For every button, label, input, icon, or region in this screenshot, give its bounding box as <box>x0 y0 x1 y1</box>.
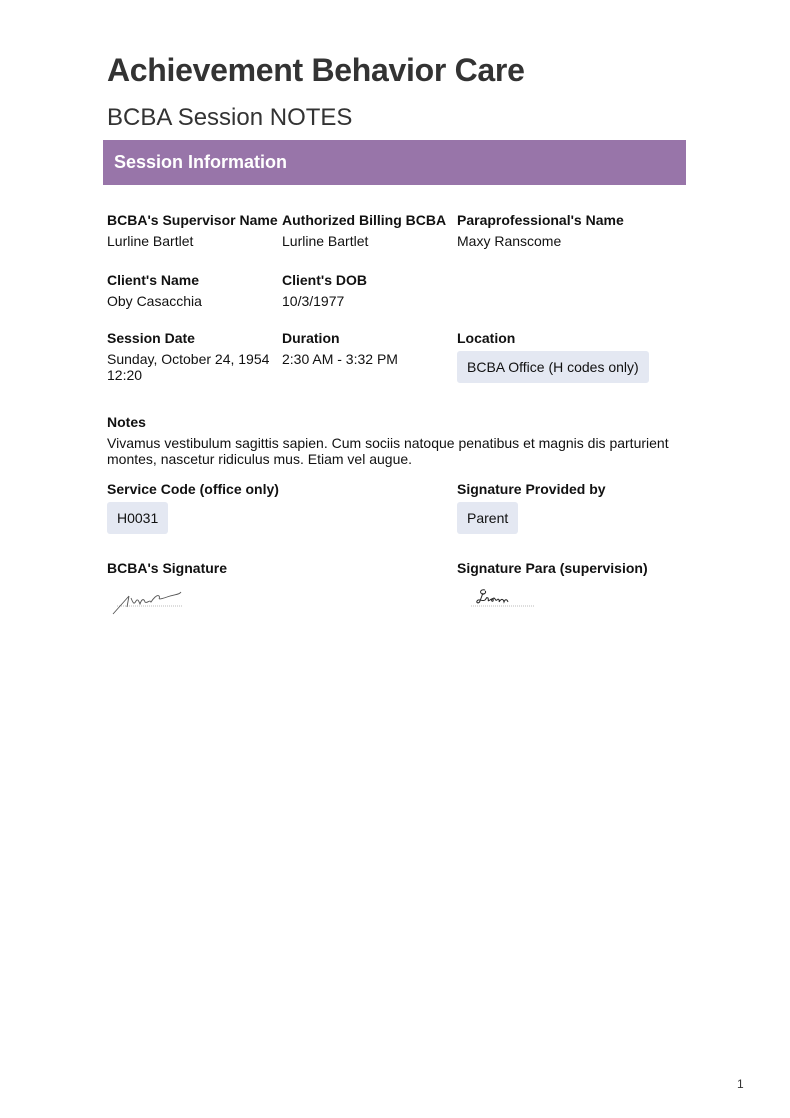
field-supervisor-name: BCBA's Supervisor Name Lurline Bartlet <box>107 211 278 249</box>
field-label: Paraprofessional's Name <box>457 211 624 229</box>
field-value: 2:30 AM - 3:32 PM <box>282 351 398 367</box>
field-client-dob: Client's DOB 10/3/1977 <box>282 271 367 309</box>
field-para-signature: Signature Para (supervision) <box>457 559 648 621</box>
field-label: Duration <box>282 329 398 347</box>
field-client-name: Client's Name Oby Casacchia <box>107 271 202 309</box>
field-session-date: Session Date Sunday, October 24, 1954 12… <box>107 329 269 383</box>
field-label: BCBA's Supervisor Name <box>107 211 278 229</box>
organization-title: Achievement Behavior Care <box>107 52 525 89</box>
field-value-date: Sunday, October 24, 1954 <box>107 351 269 367</box>
field-label: Session Date <box>107 329 269 347</box>
field-label: Signature Para (supervision) <box>457 559 648 577</box>
field-label: BCBA's Signature <box>107 559 227 577</box>
bcba-signature-image <box>107 585 197 621</box>
notes-text: Vivamus vestibulum sagittis sapien. Cum … <box>107 435 687 467</box>
field-bcba-signature: BCBA's Signature <box>107 559 227 621</box>
field-value: 10/3/1977 <box>282 293 367 309</box>
handwritten-signature-icon <box>457 585 547 621</box>
field-value-time: 12:20 <box>107 367 269 383</box>
signature-provided-chip: Parent <box>457 502 518 534</box>
field-label: Client's DOB <box>282 271 367 289</box>
field-value: Lurline Bartlet <box>107 233 278 249</box>
page-number: 1 <box>737 1077 744 1091</box>
service-code-chip: H0031 <box>107 502 168 534</box>
field-location: Location BCBA Office (H codes only) <box>457 329 649 383</box>
field-service-code: Service Code (office only) H0031 <box>107 480 279 534</box>
field-duration: Duration 2:30 AM - 3:32 PM <box>282 329 398 367</box>
para-signature-image <box>457 585 547 621</box>
field-label: Notes <box>107 413 687 431</box>
field-label: Signature Provided by <box>457 480 606 498</box>
field-label: Client's Name <box>107 271 202 289</box>
field-value: Oby Casacchia <box>107 293 202 309</box>
document-title: BCBA Session NOTES <box>107 104 352 132</box>
handwritten-signature-icon <box>107 585 197 621</box>
field-value: Lurline Bartlet <box>282 233 446 249</box>
field-notes: Notes Vivamus vestibulum sagittis sapien… <box>107 413 687 467</box>
location-chip: BCBA Office (H codes only) <box>457 351 649 383</box>
field-paraprofessional-name: Paraprofessional's Name Maxy Ranscome <box>457 211 624 249</box>
field-value: Maxy Ranscome <box>457 233 624 249</box>
field-billing-bcba: Authorized Billing BCBA Lurline Bartlet <box>282 211 446 249</box>
field-label: Location <box>457 329 649 347</box>
field-label: Service Code (office only) <box>107 480 279 498</box>
field-label: Authorized Billing BCBA <box>282 211 446 229</box>
field-signature-provided-by: Signature Provided by Parent <box>457 480 606 534</box>
section-header-session-information: Session Information <box>103 140 686 185</box>
section-title: Session Information <box>114 152 287 173</box>
